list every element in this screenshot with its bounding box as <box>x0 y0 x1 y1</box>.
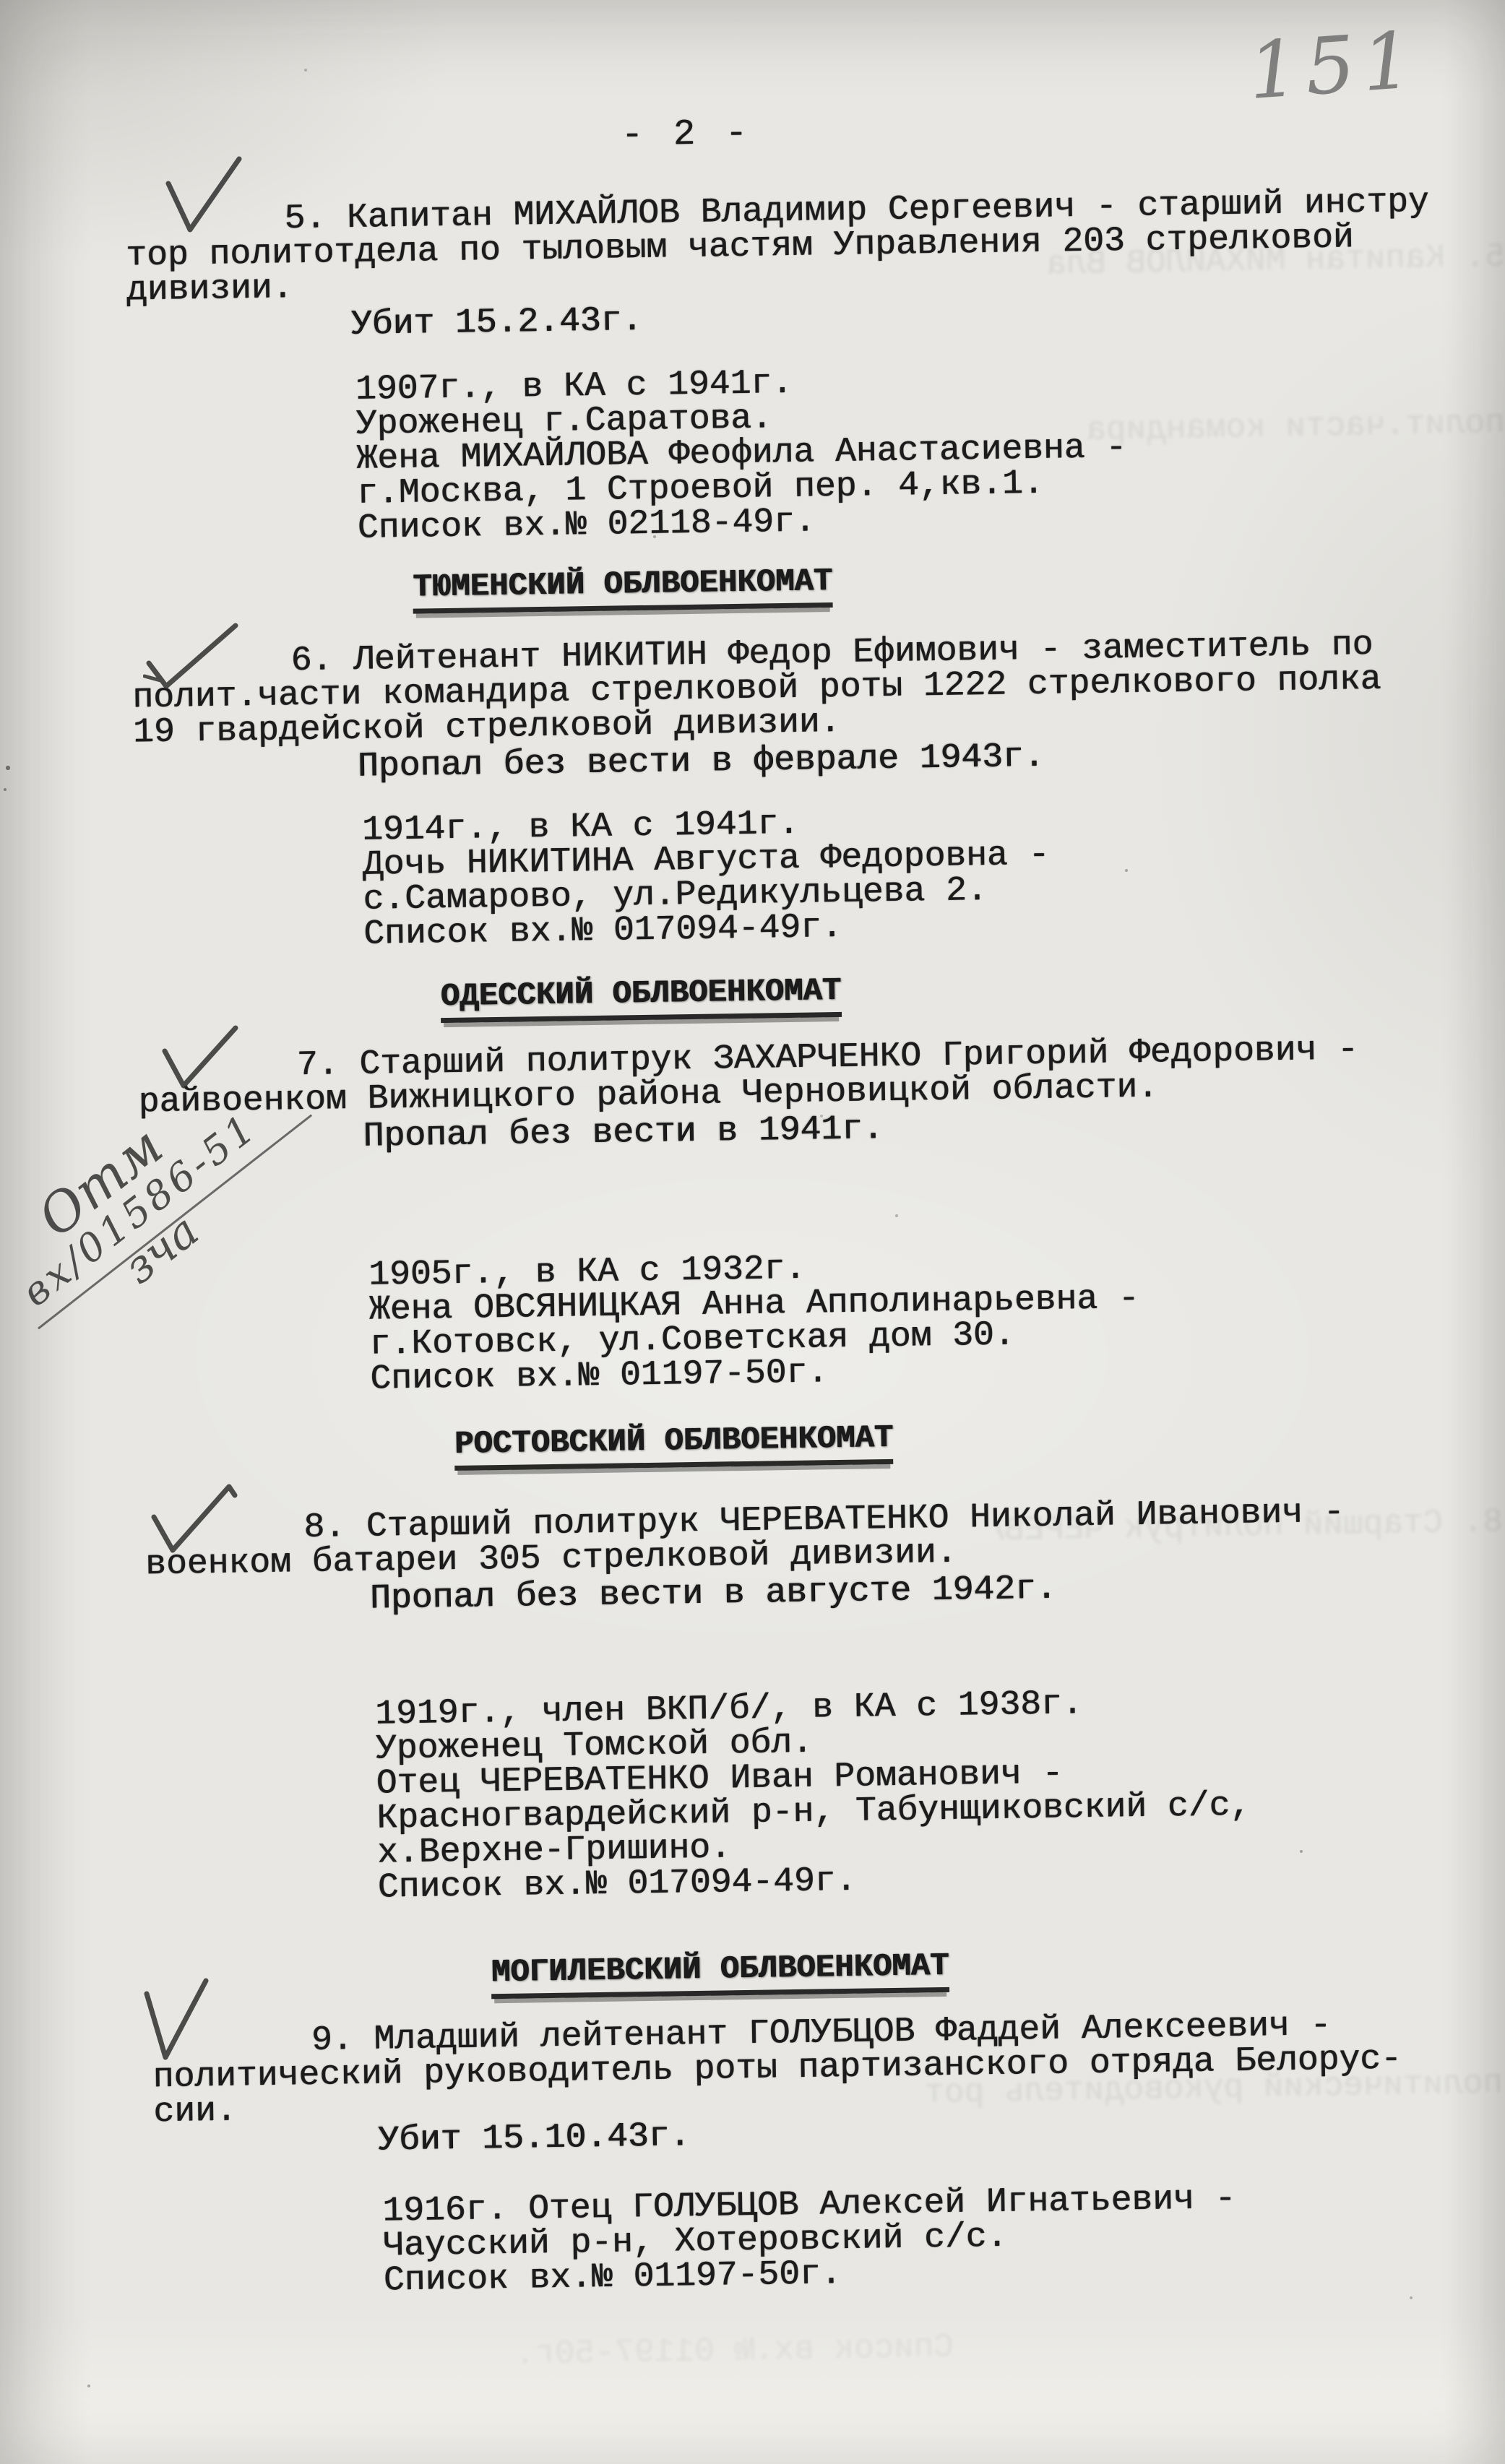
entry-5-detail-5: Список вх.№ 02118-49г. <box>358 504 816 545</box>
section-heading-mogilevsky: МОГИЛЕВСКИЙ ОБЛВОЕНКОМАТ <box>491 1950 949 1999</box>
checkmark-icon <box>163 152 246 242</box>
entry-9-fate: Убит 15.10.43г. <box>378 2119 691 2158</box>
paper-specks <box>0 0 1 1</box>
entry-9-line-3: сии. <box>153 2094 237 2130</box>
entry-5-fate: Убит 15.2.43г. <box>350 303 642 342</box>
entry-7-fate: Пропал без вести в 1941г. <box>363 1112 884 1154</box>
checkmark-icon <box>143 615 244 695</box>
entry-8-fate: Пропал без вести в августе 1942г. <box>370 1572 1057 1617</box>
typed-layer: - 2 - 5. Капитан МИХАЙЛОВ Владимир Серге… <box>0 0 1505 2464</box>
entry-8-detail-6: Список вх.№ 017094-49г. <box>378 1864 857 1906</box>
entry-6-detail-4: Список вх.№ 017094-49г. <box>363 910 842 952</box>
page-number: - 2 - <box>621 117 752 154</box>
checkmark-icon <box>139 1976 212 2065</box>
section-heading-tyumensky: ТЮМЕНСКИЙ ОБЛВОЕНКОМАТ <box>413 566 833 614</box>
document-page: 5. Капитан МИХАЙЛОВ Владимир Сергеевич -… <box>0 0 1505 2464</box>
section-heading-rostovsky: РОСТОВСКИЙ ОБЛВОЕНКОМАТ <box>454 1422 893 1471</box>
entry-5-line-3: дивизии. <box>126 271 293 308</box>
checkmark-icon <box>148 1479 241 1557</box>
entry-6-fate: Пропал без вести в феврале 1943г. <box>358 740 1045 784</box>
section-heading-odessky: ОДЕССКИЙ ОБЛВОЕНКОМАТ <box>440 975 841 1023</box>
entry-7-detail-4: Список вх.№ 01197-50г. <box>370 1355 828 1396</box>
folio-number: 151 <box>1246 22 1422 111</box>
entry-9-detail-3: Список вх.№ 01197-50г. <box>384 2257 842 2298</box>
